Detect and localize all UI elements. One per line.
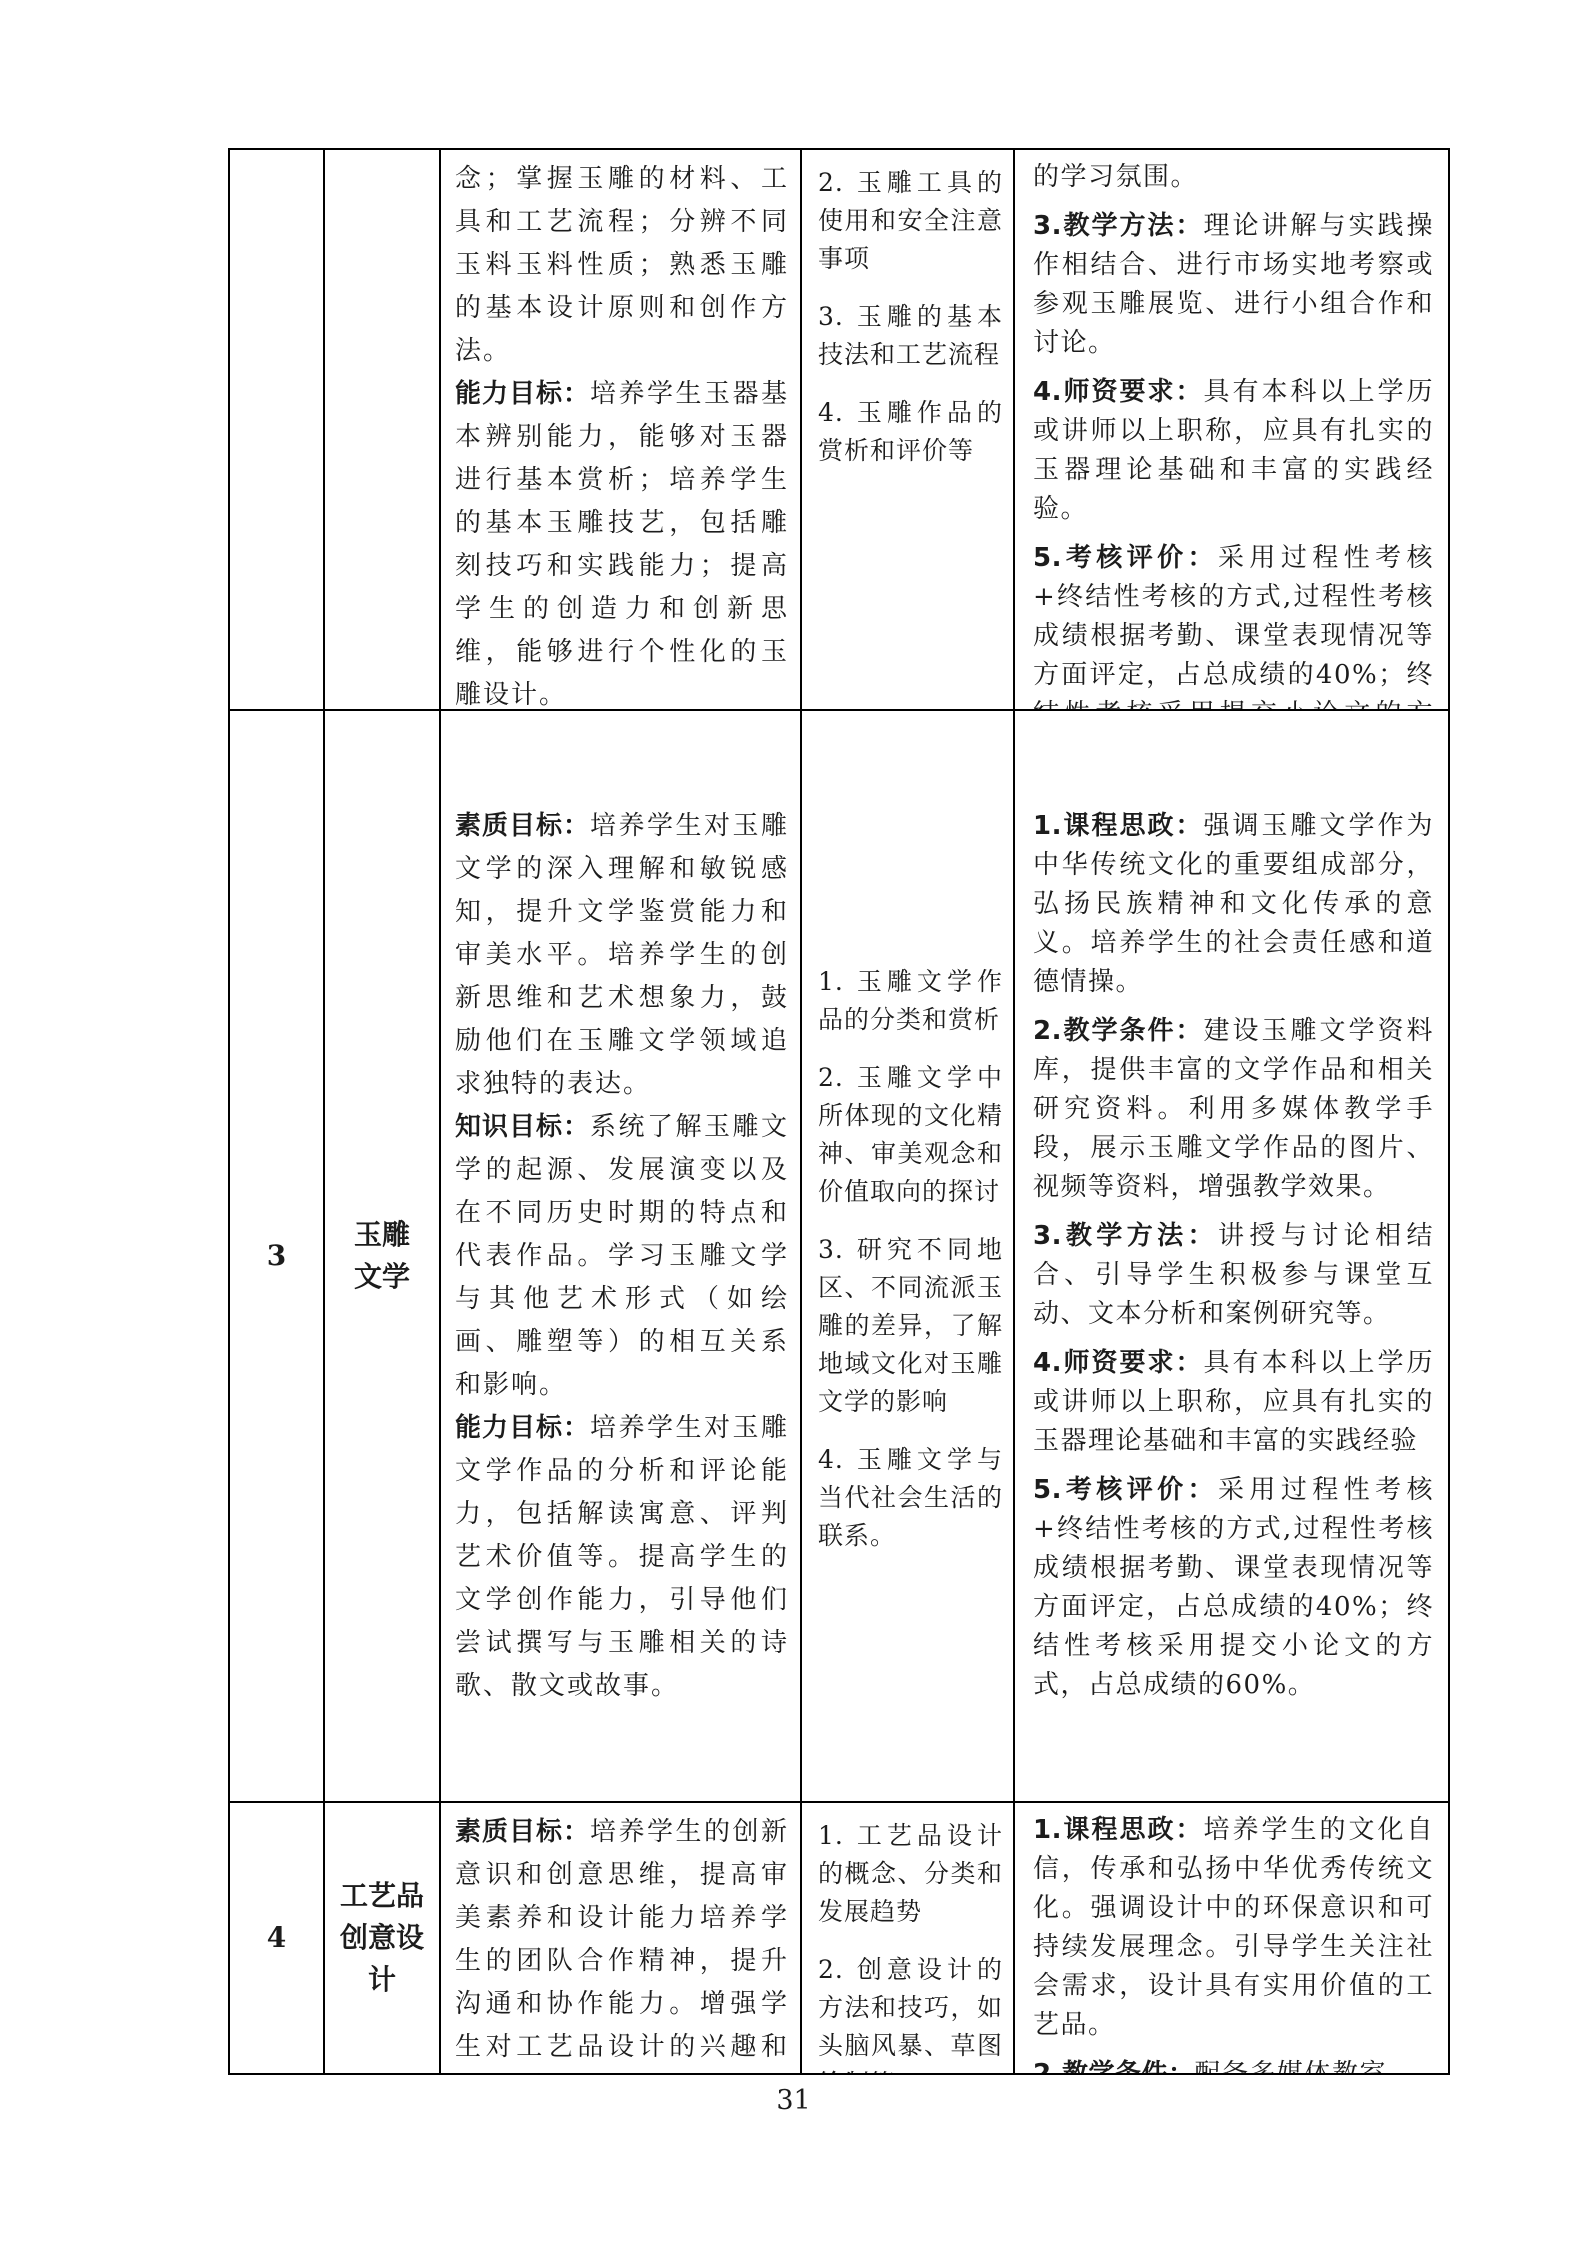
course-name-cell: 玉雕 文学: [325, 711, 441, 1803]
course-name: 玉雕 文学: [354, 1214, 410, 1298]
course-name-cell: 工艺品 创意设 计: [325, 1803, 441, 2073]
row-number-cell: 4: [230, 1803, 325, 2073]
objectives-cell: 素质目标：培养学生的创新意识和创意思维，提高审美素养和设计能力培养学生的团队合作…: [441, 1803, 802, 2073]
course-name-cell: [325, 150, 441, 711]
course-name: 工艺品 创意设 计: [340, 1875, 424, 2001]
content-cell: 1. 玉雕文学作品的分类和赏析2. 玉雕文学中所体现的文化精神、审美观念和价值取…: [802, 711, 1015, 1803]
guidance-cell: 1.课程思政：培养学生的文化自信，传承和弘扬中华优秀传统文化。强调设计中的环保意…: [1015, 1803, 1448, 2073]
row-number-cell: [230, 150, 325, 711]
content-cell: 2. 玉雕工具的使用和安全注意事项3. 玉雕的基本技法和工艺流程4. 玉雕作品的…: [802, 150, 1015, 711]
row-number-cell: 3: [230, 711, 325, 1803]
objectives-cell: 念；掌握玉雕的材料、工具和工艺流程；分辨不同玉料玉料性质；熟悉玉雕的基本设计原则…: [441, 150, 802, 711]
guidance-cell: 的学习氛围。3.教学方法：理论讲解与实践操作相结合、进行市场实地考察或参观玉雕展…: [1015, 150, 1448, 711]
guidance-cell: 1.课程思政：强调玉雕文学作为中华传统文化的重要组成部分，弘扬民族精神和文化传承…: [1015, 711, 1448, 1803]
content-cell: 1. 工艺品设计的概念、分类和发展趋势2. 创意设计的方法和技巧，如头脑风暴、草…: [802, 1803, 1015, 2073]
document-page: 念；掌握玉雕的材料、工具和工艺流程；分辨不同玉料玉料性质；熟悉玉雕的基本设计原则…: [0, 0, 1587, 2245]
objectives-cell: 素质目标：培养学生对玉雕文学的深入理解和敏锐感知，提升文学鉴赏能力和审美水平。培…: [441, 711, 802, 1803]
page-number: 31: [776, 2085, 810, 2116]
curriculum-table: 念；掌握玉雕的材料、工具和工艺流程；分辨不同玉料玉料性质；熟悉玉雕的基本设计原则…: [228, 148, 1450, 2075]
